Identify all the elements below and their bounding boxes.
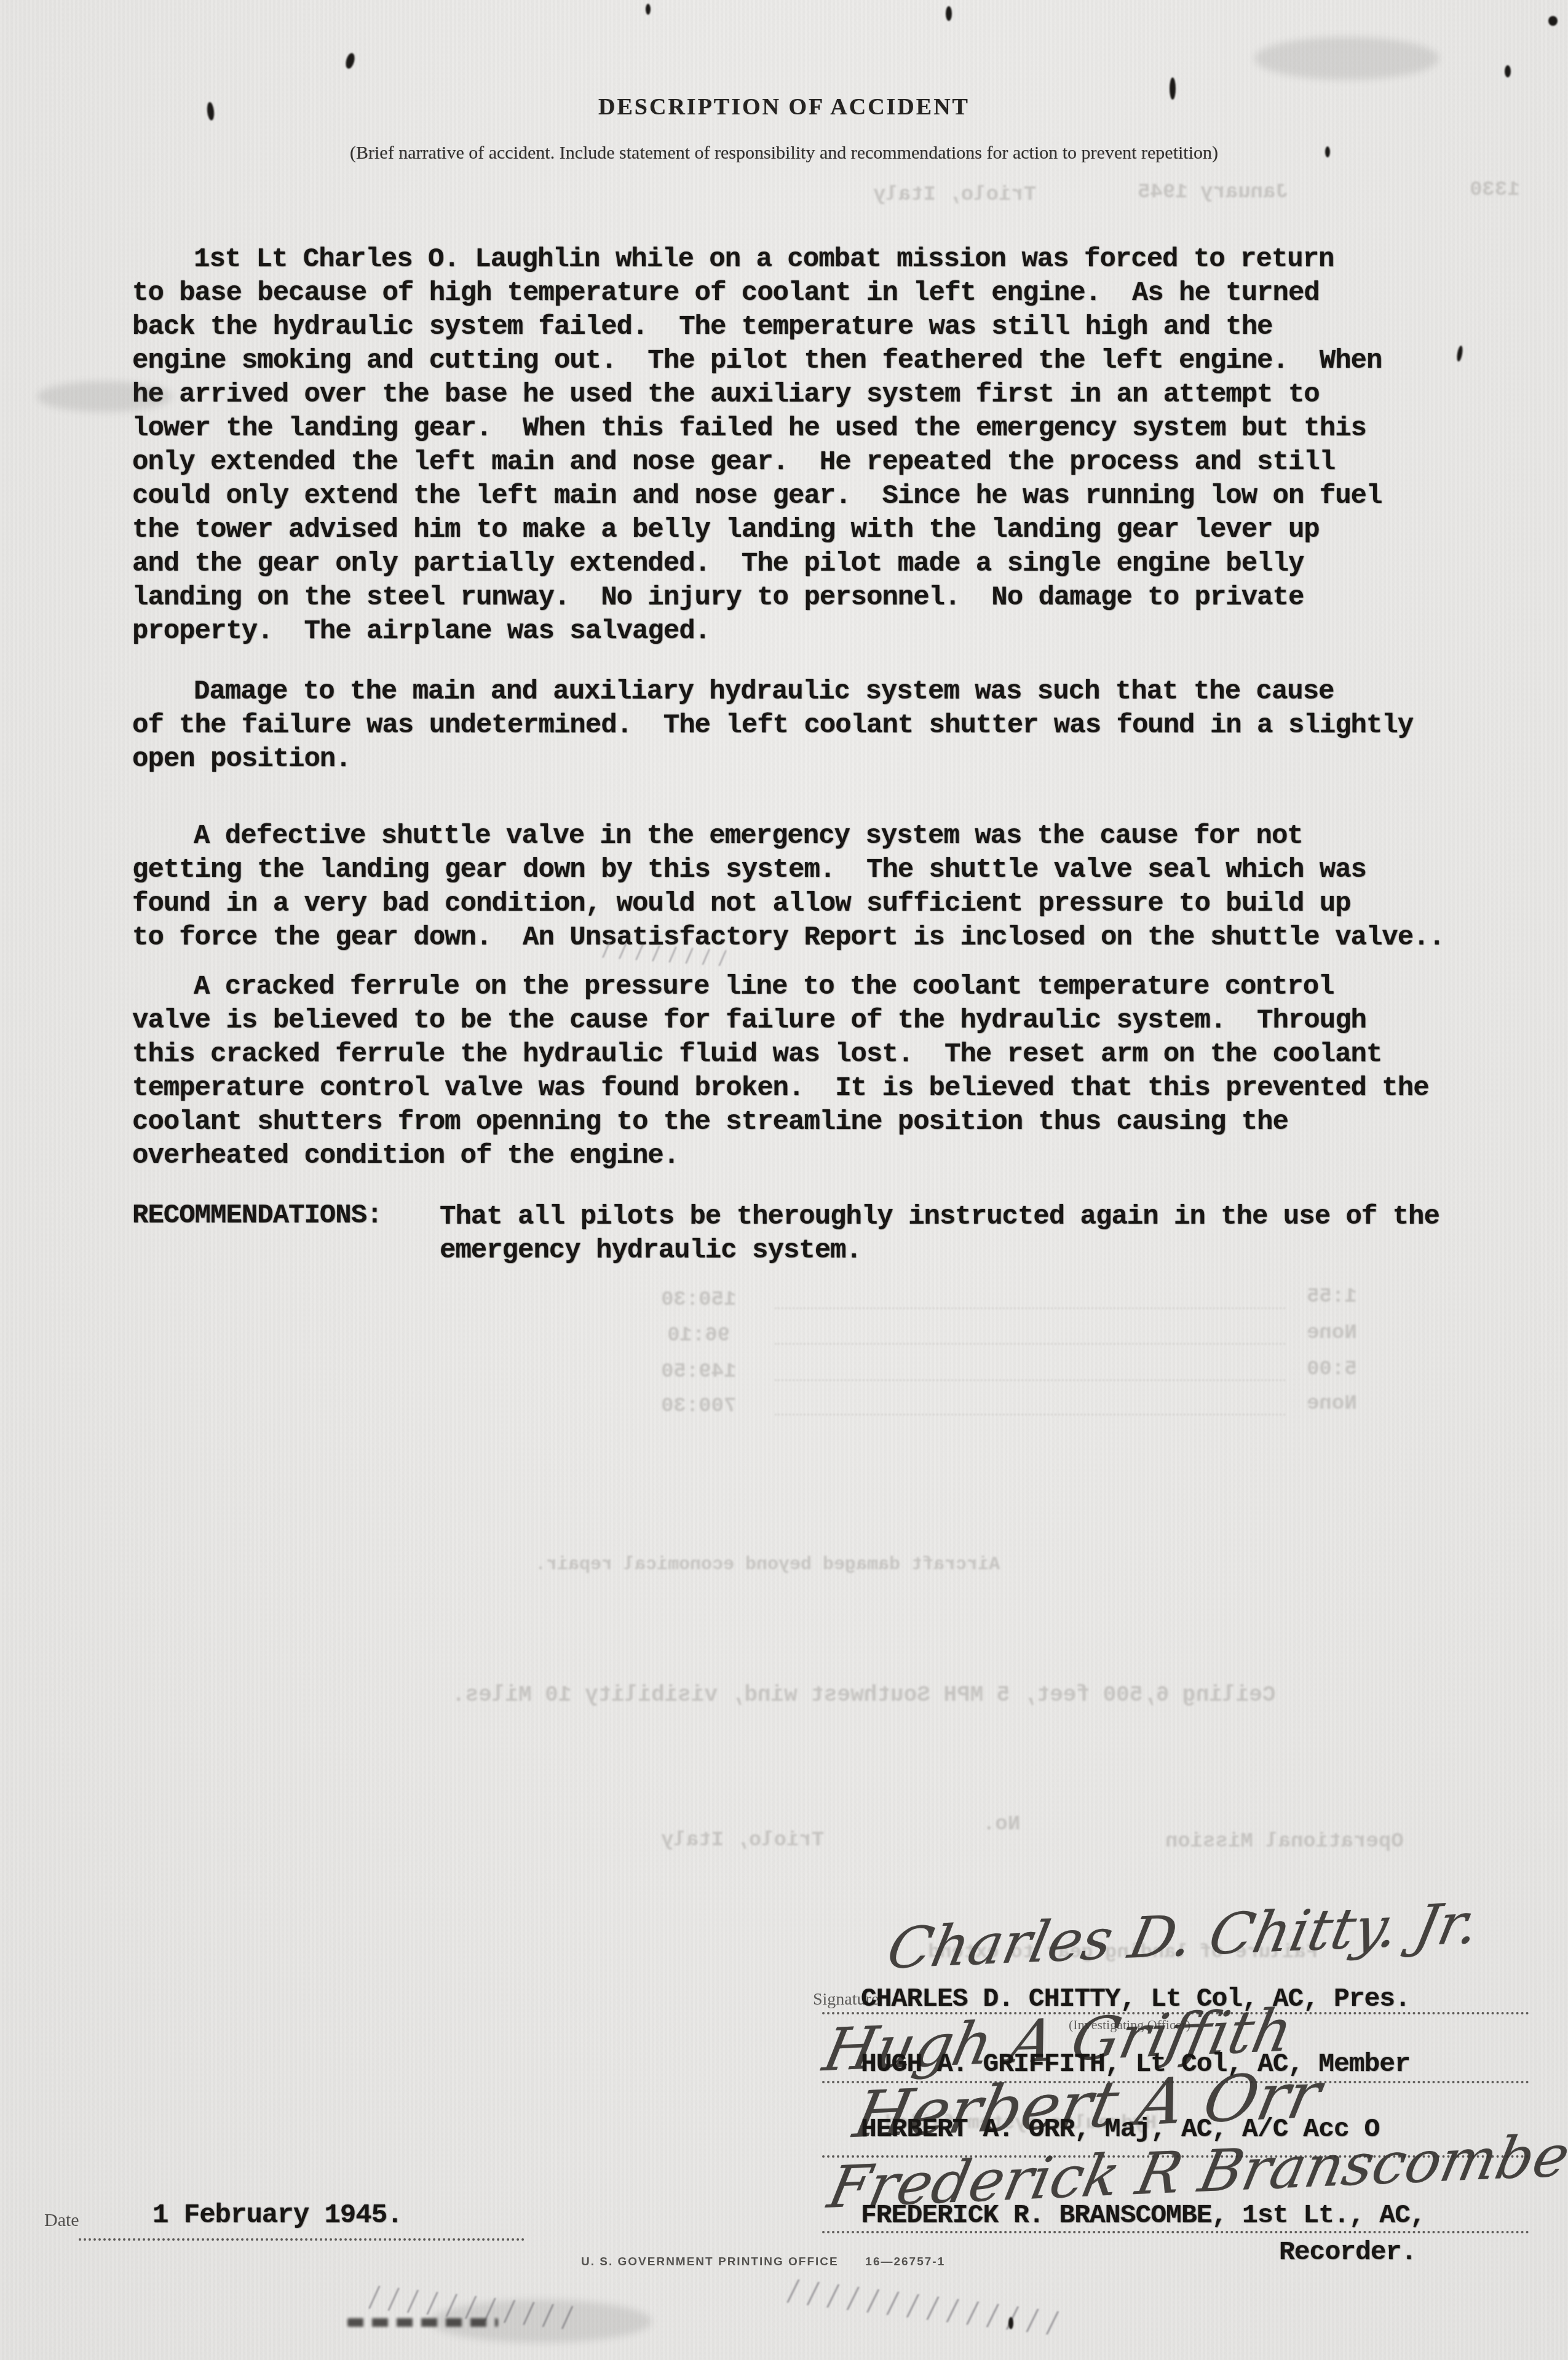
dust-speck xyxy=(1505,65,1511,77)
bleed-through-text: Aircraft damaged beyond economical repai… xyxy=(535,1554,1000,1575)
bleed-through-text: 150:30 xyxy=(661,1288,736,1312)
narrative-paragraph-2: Damage to the main and auxiliary hydraul… xyxy=(132,675,1485,777)
dust-speck xyxy=(344,52,356,69)
bleed-through-dotted-leader xyxy=(775,1414,1285,1416)
scanned-accident-report-page: DESCRIPTION OF ACCIDENT (Brief narrative… xyxy=(0,0,1568,2360)
bleed-through-text: 149:50 xyxy=(661,1360,736,1384)
bleed-through-text: None xyxy=(1307,1392,1357,1416)
government-printing-office-imprint: U. S. GOVERNMENT PRINTING OFFICE 16—2675… xyxy=(581,2255,945,2269)
bleed-through-text: Triolo, Italy xyxy=(661,1829,824,1852)
bleed-through-dotted-leader xyxy=(775,1343,1285,1345)
bleed-through-dotted-leader xyxy=(775,1379,1285,1381)
narrative-paragraph-1: 1st Lt Charles O. Laughlin while on a co… xyxy=(132,243,1485,649)
signature-dotted-line xyxy=(822,2231,1529,2233)
date-label: Date xyxy=(44,2210,79,2231)
date-dotted-line xyxy=(79,2238,525,2241)
bleed-through-text: January 1945 xyxy=(1138,181,1288,204)
dust-speck xyxy=(646,4,651,15)
pencil-hatch-marks: ////////////// xyxy=(786,2269,1070,2345)
page-title: DESCRIPTION OF ACCIDENT xyxy=(0,93,1568,121)
bleed-through-text: No. xyxy=(983,1813,1020,1836)
chitty-handwritten-signature: Charles D. Chitty. Jr. xyxy=(882,1890,1484,1981)
narrative-paragraph-3: A defective shuttle valve in the emergen… xyxy=(132,820,1485,955)
bleed-through-dotted-leader xyxy=(775,1307,1285,1309)
dust-speck xyxy=(1170,77,1176,100)
bleed-through-text: 5:00 xyxy=(1307,1358,1357,1381)
narrative-paragraph-4: A cracked ferrule on the pressure line t… xyxy=(132,970,1485,1173)
dust-speck xyxy=(1008,2317,1013,2329)
bleed-through-text: Operational Mission xyxy=(1165,1830,1404,1853)
recommendations-label: RECOMMENDATIONS: xyxy=(132,1200,382,1231)
dust-speck xyxy=(1548,16,1558,26)
branscombe-typed-name: FREDERICK R. BRANSCOMBE, 1st Lt., AC, xyxy=(861,2200,1425,2230)
scan-smudge xyxy=(430,2300,652,2343)
bleed-through-text: 96:10 xyxy=(667,1324,730,1347)
bleed-through-text: 1:55 xyxy=(1307,1285,1357,1309)
bleed-through-text: Triolo, Italy xyxy=(873,183,1036,207)
bleed-through-text: None xyxy=(1307,1321,1357,1345)
bleed-through-text: 700:30 xyxy=(661,1395,736,1418)
dust-speck xyxy=(1325,146,1330,157)
recorder-title: Recorder. xyxy=(1279,2237,1416,2267)
form-instruction-line: (Brief narrative of accident. Include st… xyxy=(0,143,1568,164)
scan-smudge xyxy=(37,381,172,412)
scan-smudge xyxy=(1254,37,1439,80)
bleed-through-text: Ceiling 6,500 feet, 5 MPH Southwest wind… xyxy=(452,1682,1275,1708)
recommendations-text: That all pilots be theroughly instructed… xyxy=(440,1200,1522,1268)
bleed-through-text: 1330 xyxy=(1470,178,1520,202)
dust-speck xyxy=(946,6,952,21)
date-value: 1 February 1945. xyxy=(152,2200,402,2231)
